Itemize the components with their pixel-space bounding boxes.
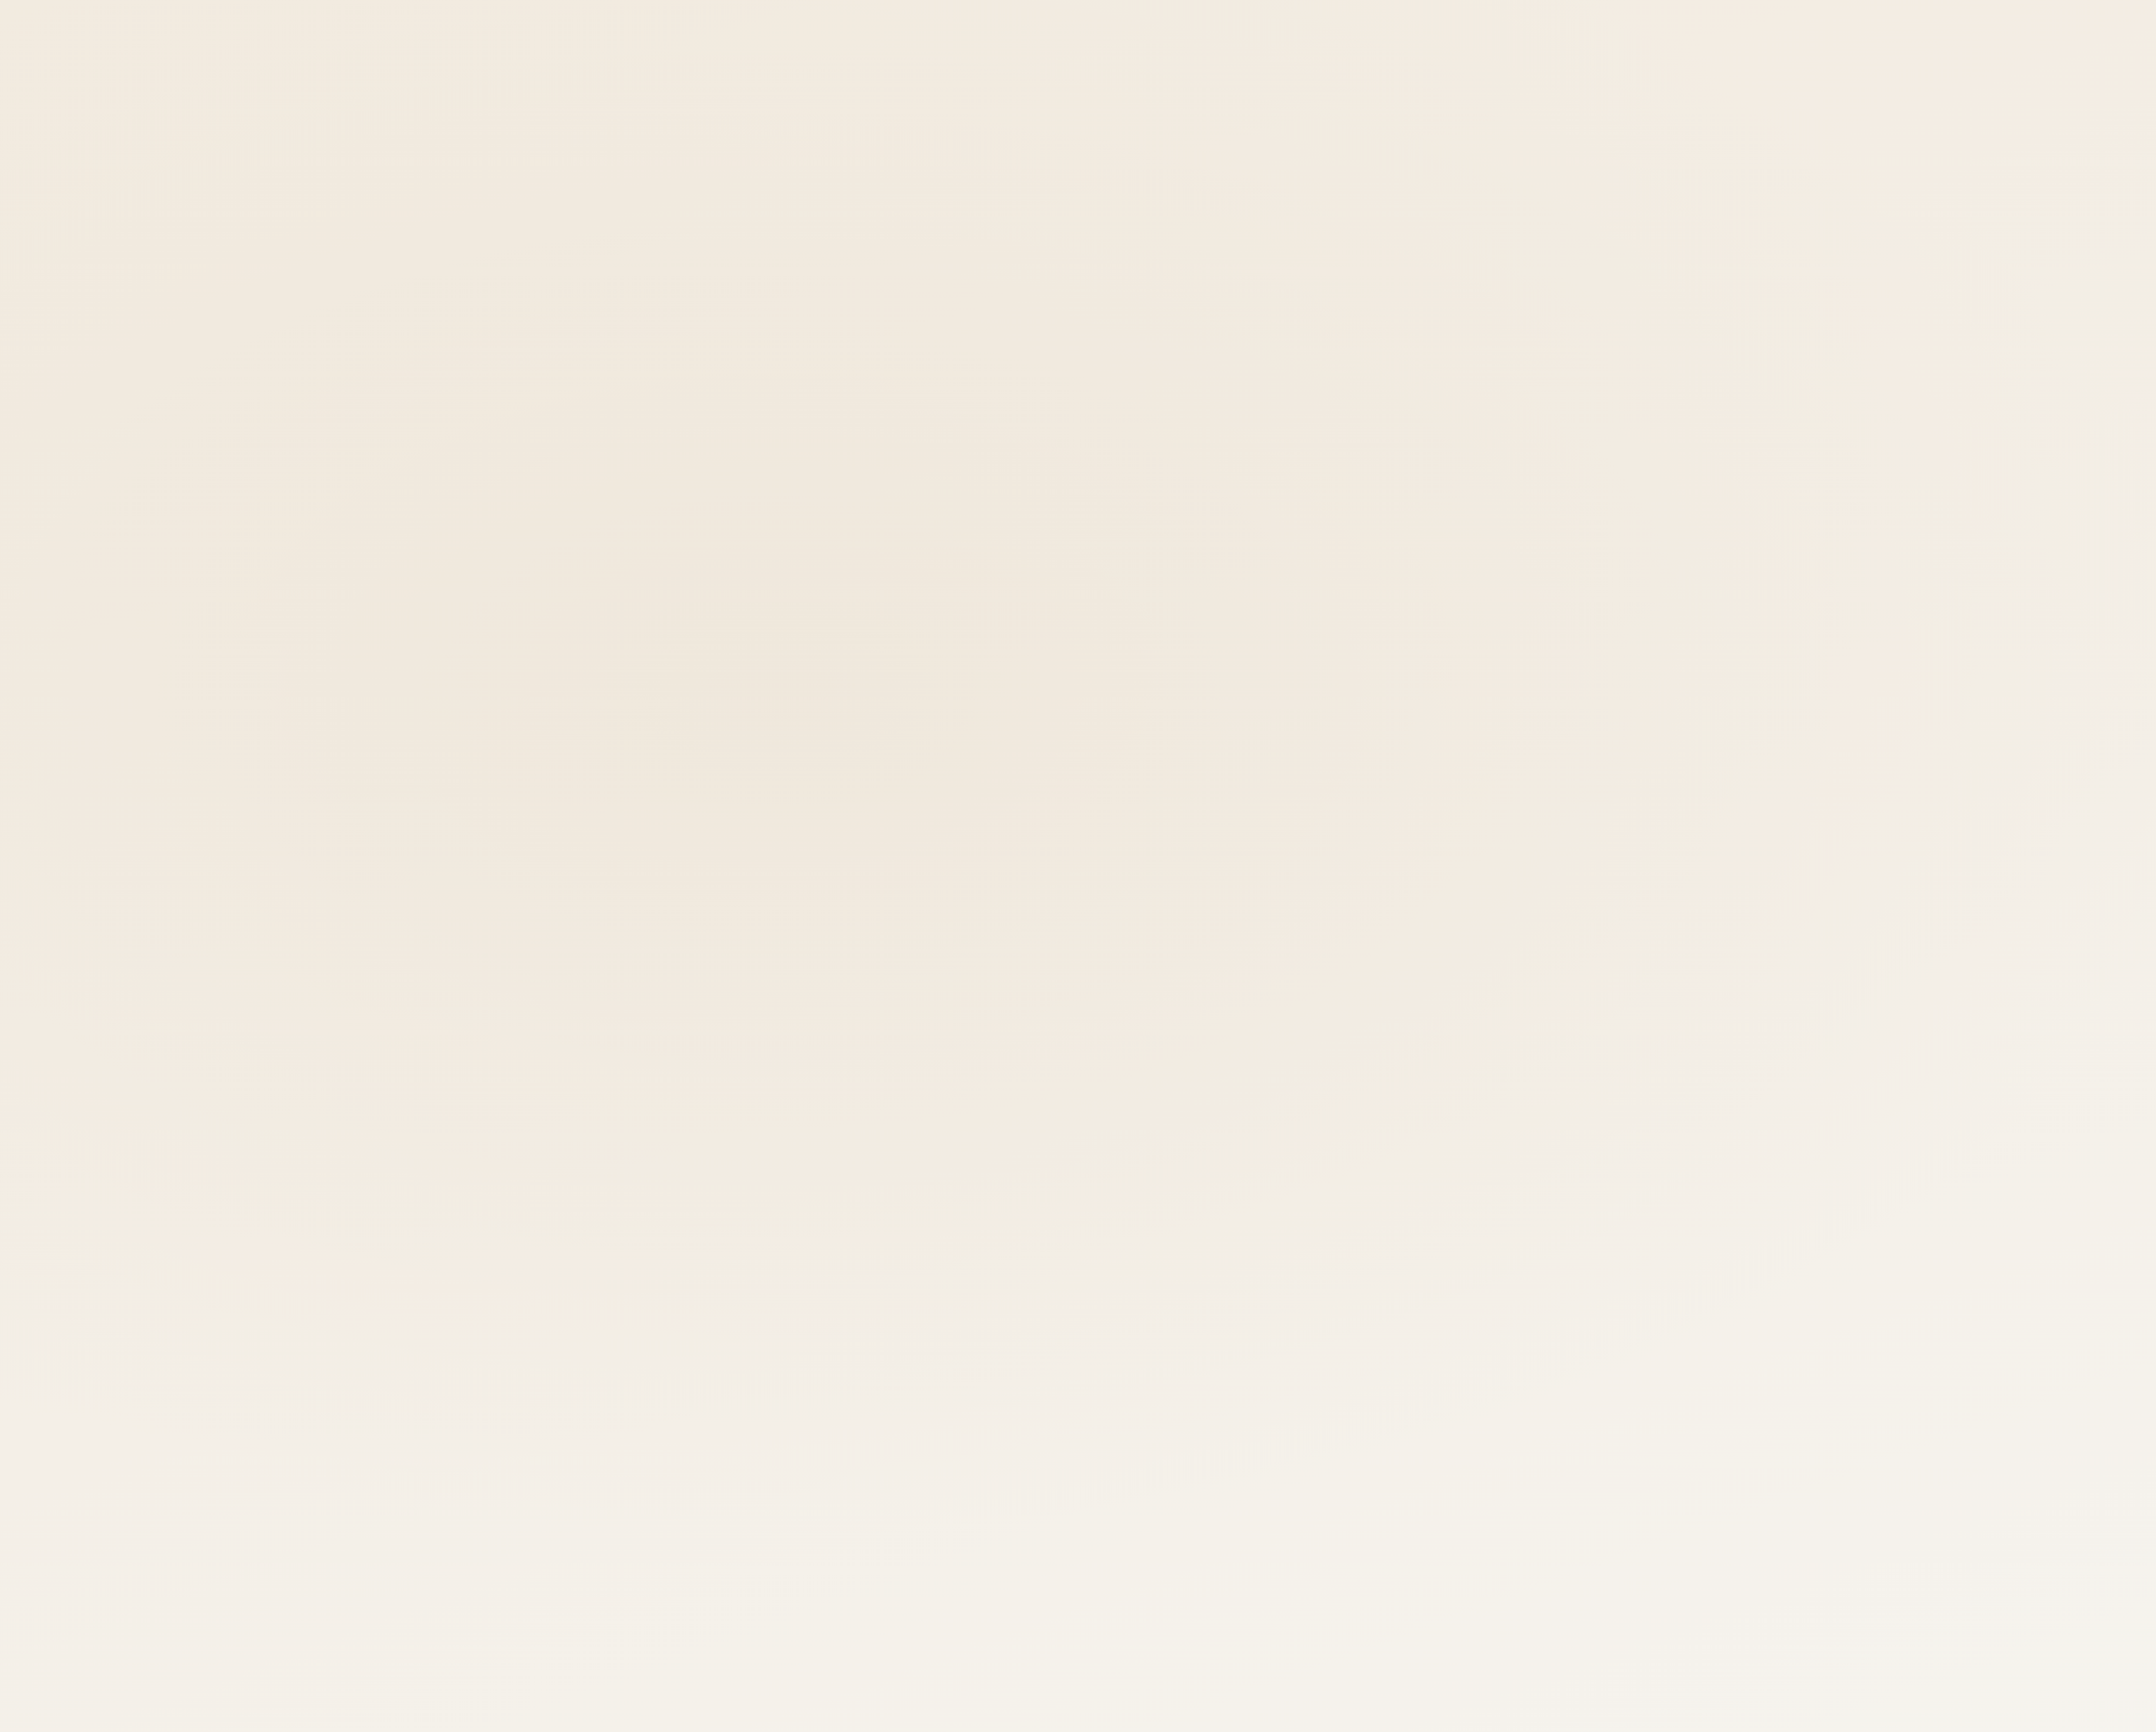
photo: [0, 0, 2156, 1732]
document-photo-art: [0, 0, 2156, 1732]
